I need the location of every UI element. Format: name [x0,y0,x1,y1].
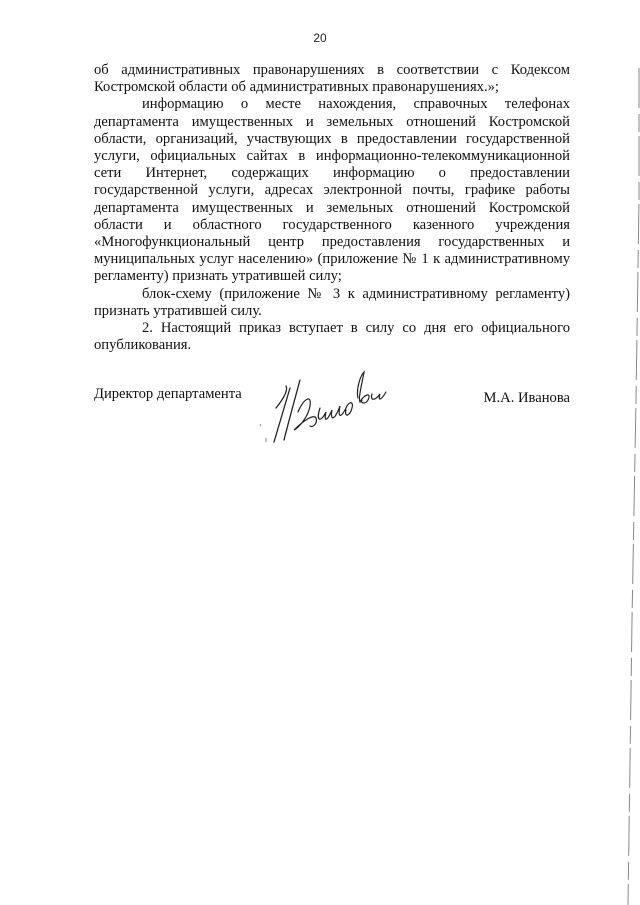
page-number: 20 [0,31,640,45]
signatory-name: М.А. Иванова [484,390,570,407]
paragraph-effective-date: 2. Настоящий приказ вступает в силу со д… [94,320,570,354]
handwritten-signature-icon [254,368,404,448]
signature-block: Директор департамента М.А. Иванова [94,382,570,462]
signatory-title: Директор департамента [94,386,242,403]
document-body: об административных правонарушениях в со… [94,62,570,354]
paragraph-info-clause: информацию о месте нахождения, справочны… [94,96,570,285]
paragraph-continuation: об административных правонарушениях в со… [94,62,570,96]
paragraph-flowchart-clause: блок-схему (приложение № 3 к администрат… [94,286,570,320]
